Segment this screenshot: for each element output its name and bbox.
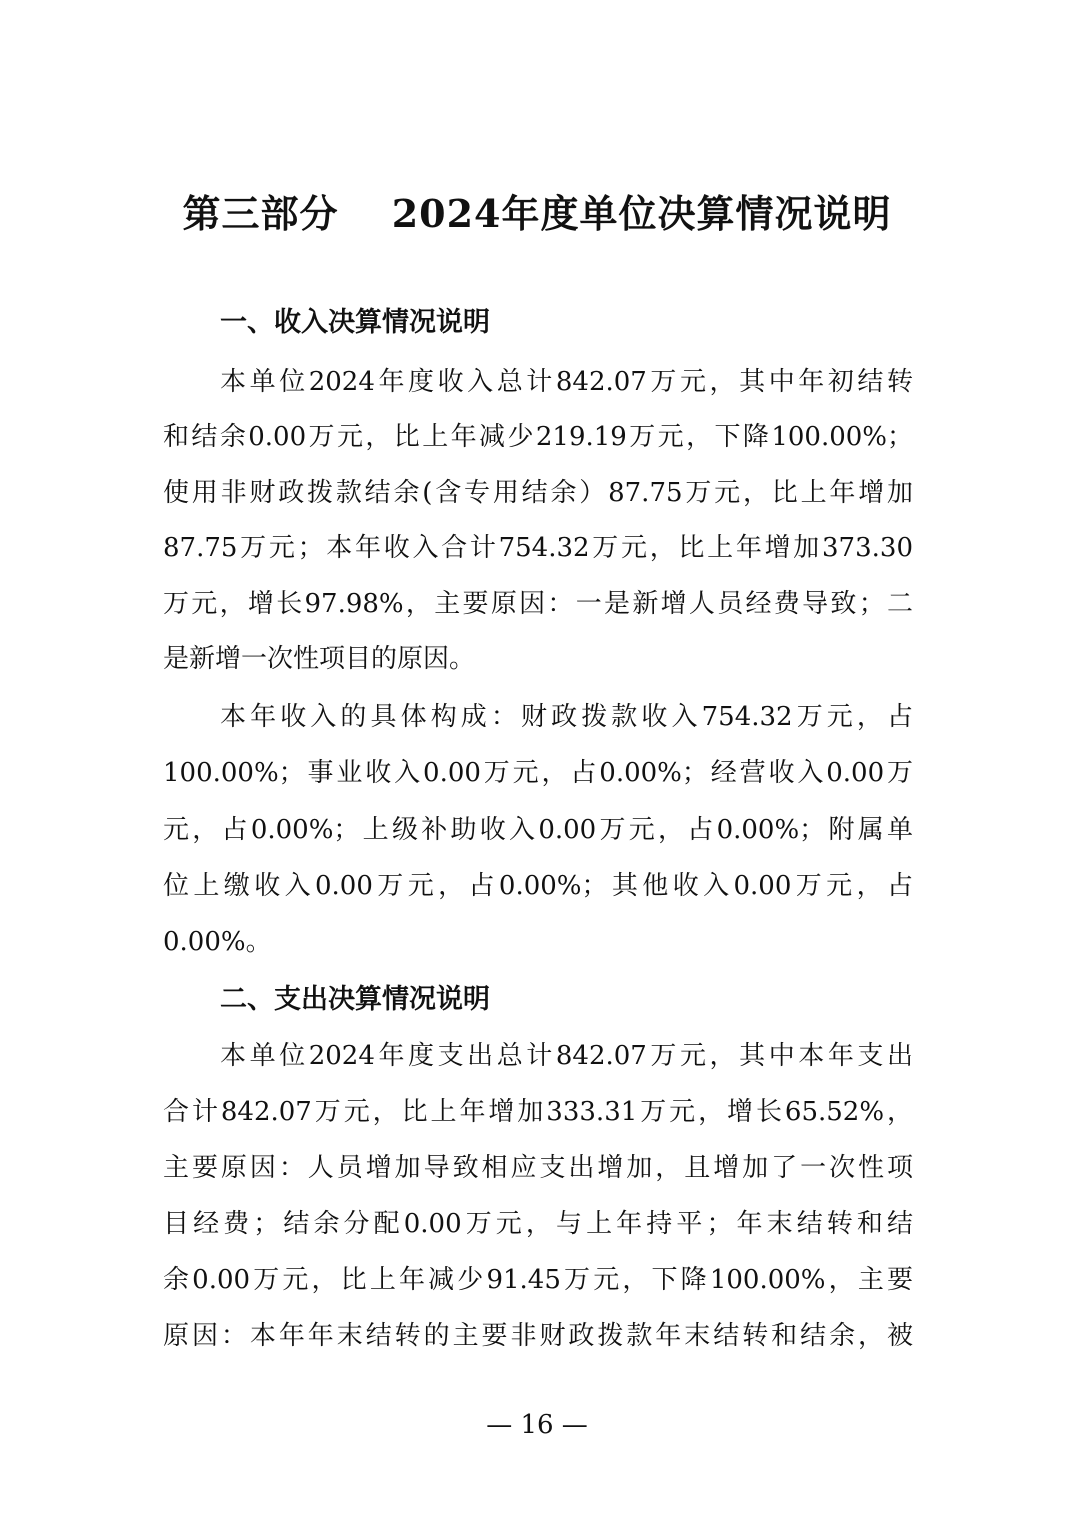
- document-page: 第三部分 2024年度单位决算情况说明 一、收入决算情况说明 本单位2024年度…: [0, 0, 1074, 1520]
- paragraph-line: 100.00%；事业收入0.00万元，占0.00%；经营收入0.00万: [163, 753, 913, 793]
- paragraph-line: 万元，增长97.98%，主要原因：一是新增人员经费导致；二: [163, 584, 913, 624]
- paragraph-line: 原因：本年年末结转的主要非财政拨款年末结转和结余，被: [163, 1316, 913, 1356]
- paragraph-line: 0.00%。: [163, 922, 913, 962]
- paragraph-line: 合计842.07万元，比上年增加333.31万元，增长65.52%，: [163, 1092, 913, 1132]
- paragraph-line: 目经费；结余分配0.00万元，与上年持平；年末结转和结: [163, 1204, 913, 1244]
- section-heading-income: 一、收入决算情况说明: [220, 303, 490, 343]
- paragraph-line: 余0.00万元，比上年减少91.45万元，下降100.00%，主要: [163, 1260, 913, 1300]
- paragraph-line: 位上缴收入0.00万元，占0.00%；其他收入0.00万元，占: [163, 866, 913, 906]
- paragraph-line: 元，占0.00%；上级补助收入0.00万元，占0.00%；附属单: [163, 810, 913, 850]
- paragraph-line: 和结余0.00万元，比上年减少219.19万元，下降100.00%；: [163, 417, 913, 457]
- section-heading-expenditure: 二、支出决算情况说明: [220, 980, 490, 1020]
- paragraph-line: 主要原因：人员增加导致相应支出增加，且增加了一次性项: [163, 1148, 913, 1188]
- paragraph-line: 本年收入的具体构成：财政拨款收入754.32万元，占: [220, 697, 913, 737]
- paragraph-line: 本单位2024年度支出总计842.07万元，其中本年支出: [220, 1036, 913, 1076]
- page-title: 第三部分 2024年度单位决算情况说明: [0, 188, 1074, 240]
- paragraph-line: 本单位2024年度收入总计842.07万元，其中年初结转: [220, 362, 913, 402]
- page-number: — 16 —: [0, 1405, 1074, 1445]
- paragraph-line: 是新增一次性项目的原因。: [163, 639, 913, 679]
- paragraph-line: 87.75万元；本年收入合计754.32万元，比上年增加373.30: [163, 528, 913, 568]
- paragraph-line: 使用非财政拨款结余(含专用结余）87.75万元，比上年增加: [163, 473, 913, 513]
